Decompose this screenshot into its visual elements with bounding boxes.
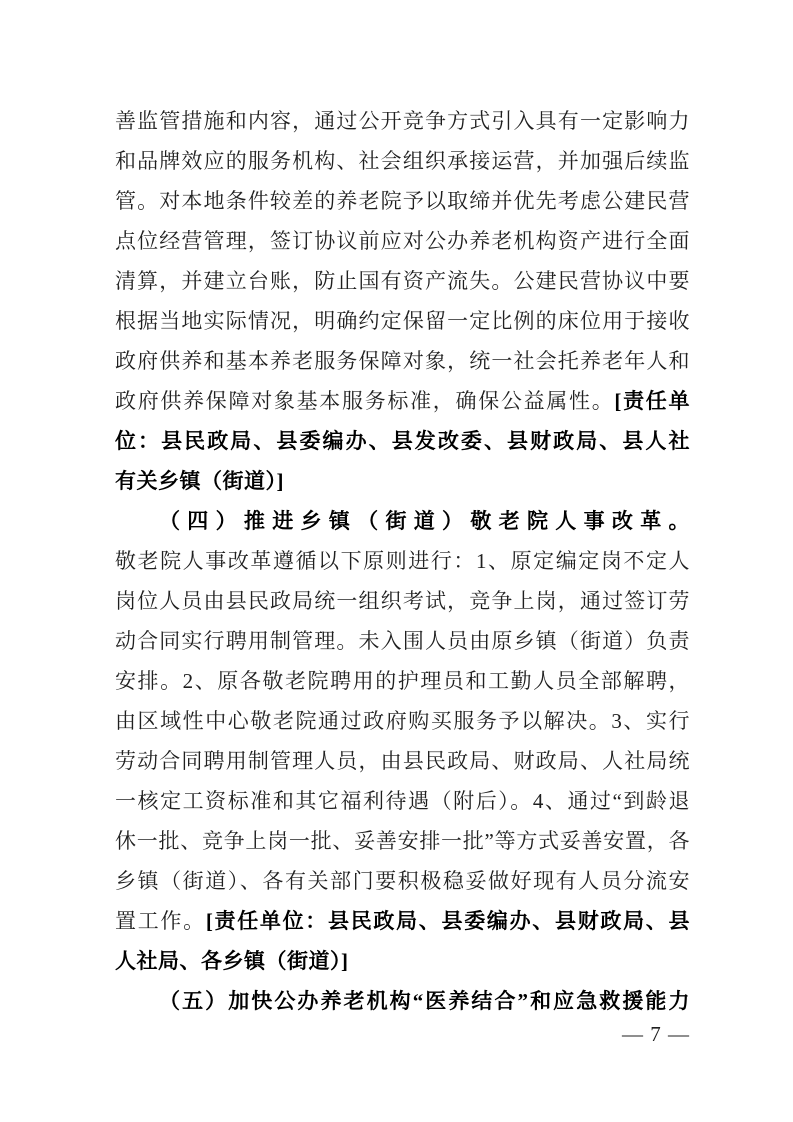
text-segment: 休一批、竞争上岗一批、妥善安排一批”等方式妥善安置，各 bbox=[115, 829, 690, 853]
document-page: 善监管措施和内容，通过公开竞争方式引入具有一定影响力和品牌效应的服务机构、社会组… bbox=[0, 0, 793, 1122]
text-segment: 点位经营管理，签订协议前应对公办养老机构资产进行全面 bbox=[115, 229, 690, 253]
text-segment: 置工作。 bbox=[115, 909, 206, 933]
text-line: 和品牌效应的服务机构、社会组织承接运营，并加强后续监 bbox=[115, 141, 690, 181]
text-line: 人社局、各乡镇（街道）] bbox=[115, 941, 690, 981]
bold-text-segment: [责任单位：县民政局、县委编办、县财政局、县 bbox=[206, 909, 690, 933]
text-segment: 管。对本地条件较差的养老院予以取缔并优先考虑公建民营 bbox=[115, 189, 690, 213]
text-line: 岗位人员由县民政局统一组织考试，竞争上岗，通过签订劳 bbox=[115, 581, 690, 621]
text-segment: 安排。2、原各敬老院聘用的护理员和工勤人员全部解聘， bbox=[115, 669, 690, 693]
text-segment: 清算，并建立台账，防止国有资产流失。公建民营协议中要 bbox=[115, 269, 690, 293]
text-segment: 政府供养和基本养老服务保障对象，统一社会托养老年人和 bbox=[115, 349, 690, 373]
text-segment: 善监管措施和内容，通过公开竞争方式引入具有一定影响力 bbox=[115, 109, 690, 133]
bold-text-segment: （五）加快公办养老机构“医养结合”和应急救援能力 bbox=[159, 989, 690, 1013]
text-line: 管。对本地条件较差的养老院予以取缔并优先考虑公建民营 bbox=[115, 181, 690, 221]
bold-text-segment: 有关乡镇（街道）] bbox=[115, 469, 284, 493]
text-segment: 政府供养保障对象基本服务标准，确保公益属性。 bbox=[115, 389, 614, 413]
text-segment: 根据当地实际情况，明确约定保留一定比例的床位用于接收 bbox=[115, 309, 690, 333]
text-line: 善监管措施和内容，通过公开竞争方式引入具有一定影响力 bbox=[115, 101, 690, 141]
text-segment: 岗位人员由县民政局统一组织考试，竞争上岗，通过签订劳 bbox=[115, 589, 690, 613]
text-line: 敬老院人事改革遵循以下原则进行：1、原定编定岗不定人 bbox=[115, 541, 690, 581]
text-line: （四）推进乡镇（街道）敬老院人事改革。乡镇（街道） bbox=[115, 501, 690, 541]
text-segment: 一核定工资标准和其它福利待遇（附后）。4、通过“到龄退 bbox=[115, 789, 690, 813]
bold-text-segment: 位：县民政局、县委编办、县发改委、县财政局、县人社局、 bbox=[115, 429, 690, 461]
text-line: 乡镇（街道）、各有关部门要积极稳妥做好现有人员分流安 bbox=[115, 861, 690, 901]
text-line: 政府供养和基本养老服务保障对象，统一社会托养老年人和 bbox=[115, 341, 690, 381]
bold-text-segment: 人社局、各乡镇（街道）] bbox=[115, 949, 349, 973]
text-segment: 乡镇（街道）、各有关部门要积极稳妥做好现有人员分流安 bbox=[115, 869, 690, 893]
text-line: 休一批、竞争上岗一批、妥善安排一批”等方式妥善安置，各 bbox=[115, 821, 690, 861]
text-line: 位：县民政局、县委编办、县发改委、县财政局、县人社局、 bbox=[115, 421, 690, 461]
text-line: 政府供养保障对象基本服务标准，确保公益属性。[责任单 bbox=[115, 381, 690, 421]
text-line: 有关乡镇（街道）] bbox=[115, 461, 690, 501]
text-line: 由区域性中心敬老院通过政府购买服务予以解决。3、实行 bbox=[115, 701, 690, 741]
document-lines: 善监管措施和内容，通过公开竞争方式引入具有一定影响力和品牌效应的服务机构、社会组… bbox=[115, 101, 690, 1021]
text-segment: 由区域性中心敬老院通过政府购买服务予以解决。3、实行 bbox=[115, 709, 690, 733]
text-line: 劳动合同聘用制管理人员，由县民政局、财政局、人社局统 bbox=[115, 741, 690, 781]
text-segment: 动合同实行聘用制管理。未入围人员由原乡镇（街道）负责 bbox=[115, 629, 690, 653]
text-segment: 和品牌效应的服务机构、社会组织承接运营，并加强后续监 bbox=[115, 149, 690, 173]
text-line: 根据当地实际情况，明确约定保留一定比例的床位用于接收 bbox=[115, 301, 690, 341]
text-line: 清算，并建立台账，防止国有资产流失。公建民营协议中要 bbox=[115, 261, 690, 301]
text-line: 一核定工资标准和其它福利待遇（附后）。4、通过“到龄退 bbox=[115, 781, 690, 821]
text-line: 置工作。[责任单位：县民政局、县委编办、县财政局、县 bbox=[115, 901, 690, 941]
bold-text-segment: [责任单 bbox=[614, 389, 690, 413]
text-line: 动合同实行聘用制管理。未入围人员由原乡镇（街道）负责 bbox=[115, 621, 690, 661]
page-number: — 7 — bbox=[115, 1022, 690, 1046]
text-line: （五）加快公办养老机构“医养结合”和应急救援能力 bbox=[115, 981, 690, 1021]
bold-text-segment: （四）推进乡镇（街道）敬老院人事改革。 bbox=[159, 509, 690, 533]
text-line: 安排。2、原各敬老院聘用的护理员和工勤人员全部解聘， bbox=[115, 661, 690, 701]
text-segment: 劳动合同聘用制管理人员，由县民政局、财政局、人社局统 bbox=[115, 749, 690, 773]
text-line: 点位经营管理，签订协议前应对公办养老机构资产进行全面 bbox=[115, 221, 690, 261]
text-segment: 敬老院人事改革遵循以下原则进行：1、原定编定岗不定人 bbox=[115, 549, 690, 573]
